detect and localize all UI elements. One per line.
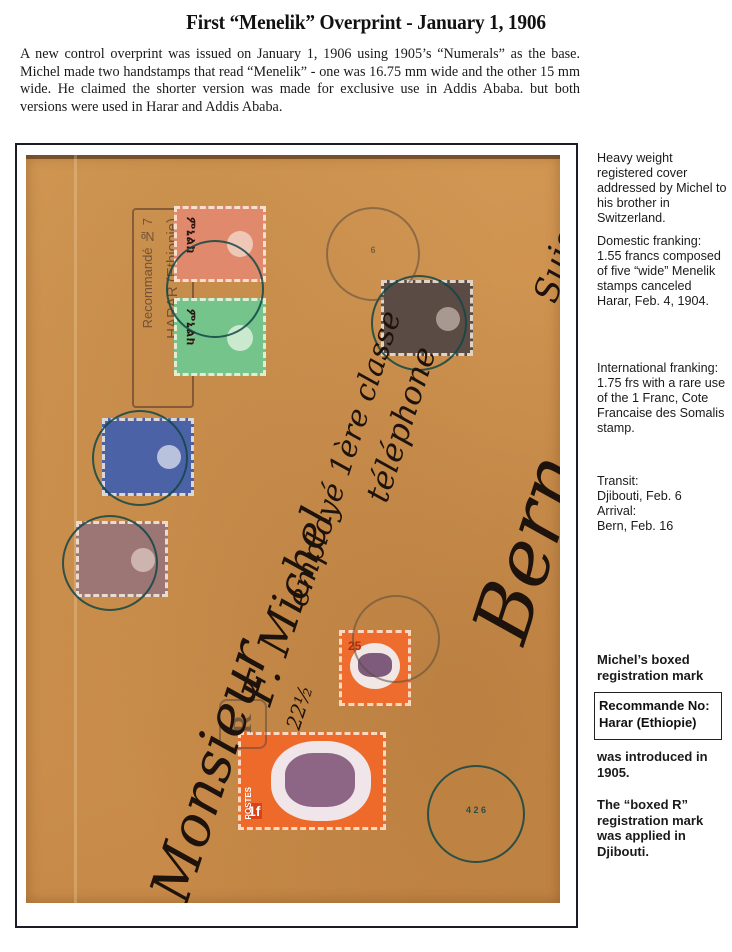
note-domestic-franking: Domestic franking: 1.55 francs composed … bbox=[597, 234, 729, 309]
intro-paragraph: A new control overprint was issued on Ja… bbox=[20, 46, 580, 116]
note-boxed-registration: Michel’s boxed registration mark bbox=[597, 652, 729, 683]
address-country: Suisse bbox=[526, 189, 560, 307]
boxed-registration-example: Recommande No: Harar (Ethiopie) bbox=[594, 692, 722, 740]
harar-cancel-upper bbox=[166, 240, 264, 338]
djibouti-cancel-25c bbox=[352, 595, 440, 683]
cover-frame: Recommandé № 7 HARAR (Ethiopie) ምኒልክ ምኒል… bbox=[15, 143, 578, 928]
harar-cancel-date: 4 2 6 bbox=[429, 805, 523, 815]
djibouti-transit-cancel: 6 bbox=[326, 207, 420, 301]
note-transit-arrival: Transit: Djibouti, Feb. 6 Arrival: Bern,… bbox=[597, 474, 729, 534]
vignette-figure bbox=[285, 753, 355, 807]
registered-cover-envelope: Recommandé № 7 HARAR (Ethiopie) ምኒልክ ምኒል… bbox=[26, 155, 560, 903]
note-boxed-r: The “boxed R” registration mark was appl… bbox=[597, 797, 729, 859]
harar-cancel-mauve bbox=[62, 515, 158, 611]
envelope-top-edge bbox=[26, 155, 560, 159]
note-transit-value: Djibouti, Feb. 6 bbox=[597, 489, 729, 504]
address-city: Bern bbox=[456, 443, 560, 652]
note-arrival-label: Arrival: bbox=[597, 504, 729, 519]
note-arrival-value: Bern, Feb. 16 bbox=[597, 519, 729, 534]
note-international-franking: International franking: 1.75 frs with a … bbox=[597, 361, 729, 436]
page-title: First “Menelik” Overprint - January 1, 1… bbox=[29, 10, 702, 35]
djibouti-cancel-date: 6 bbox=[328, 245, 418, 255]
stamp-label: POSTES bbox=[244, 787, 253, 819]
note-heavy-weight: Heavy weight registered cover addressed … bbox=[597, 151, 729, 226]
note-introduced-1905: was introduced in 1905. bbox=[597, 749, 729, 780]
registration-line-1: Recommandé № 7 bbox=[140, 218, 155, 328]
harar-arrival-cancel: 4 2 6 bbox=[427, 765, 525, 863]
boxed-line-1: Recommande No: bbox=[599, 697, 717, 714]
boxed-line-2: Harar (Ethiopie) bbox=[599, 714, 717, 731]
note-transit-label: Transit: bbox=[597, 474, 729, 489]
stamp-vignette bbox=[271, 741, 371, 821]
harar-cancel-blue bbox=[92, 410, 188, 506]
